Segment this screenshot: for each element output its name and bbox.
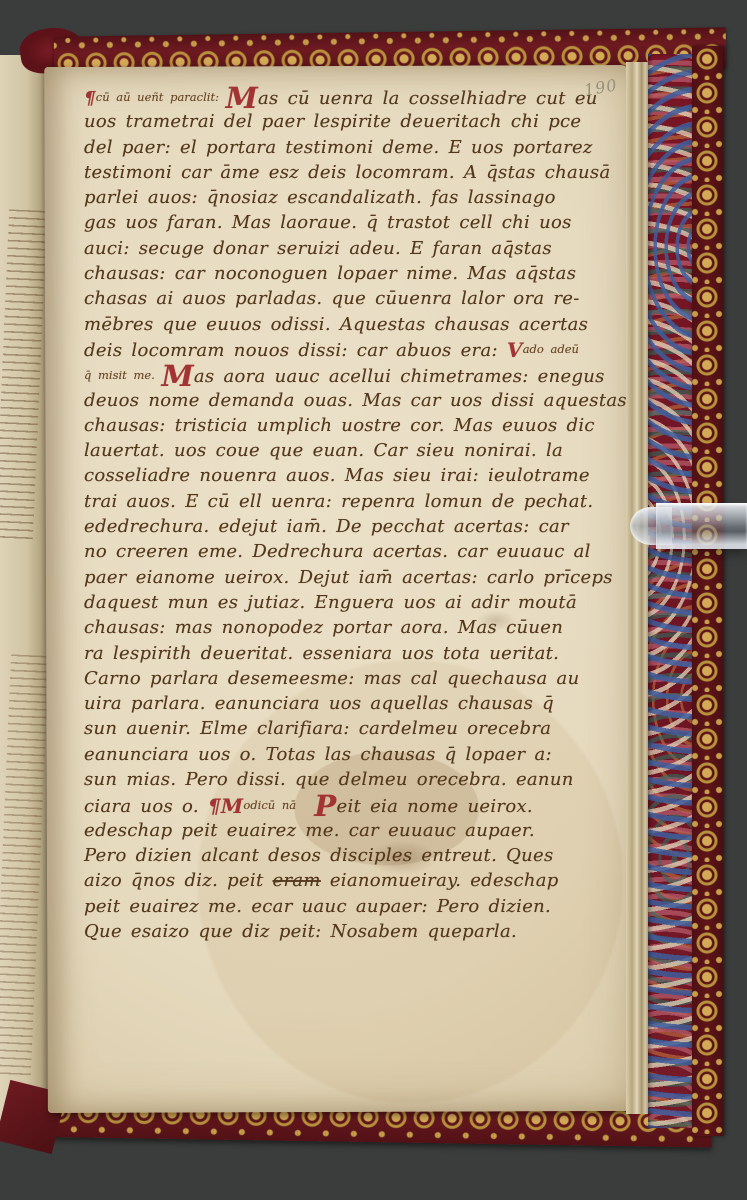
manuscript-line: uos trametrai del paer lespirite deuerit… <box>84 109 612 134</box>
text-segment: deuos nome demanda ouas. Mas car uos dis… <box>84 390 627 411</box>
text-segment: uira parlara. eanunciara uos aquellas ch… <box>84 693 554 714</box>
text-segment: chasas ai auos parladas. que cūuenra lal… <box>84 288 580 309</box>
text-segment: sun auenir. Elme clarifiara: cardelmeu o… <box>84 718 551 739</box>
text-segment: chausas: mas nonopodez portar aora. Mas … <box>84 617 563 638</box>
manuscript-line: eanunciara uos o. Totas las chausas q̄ l… <box>84 742 612 767</box>
text-segment: ra lespirith deueritat. esseniara uos to… <box>84 643 559 664</box>
text-segment: cū aū ueñt paraclit: <box>96 90 226 104</box>
text-segment: Que esaizo que diz peit: Nosabem queparl… <box>84 921 517 942</box>
manuscript-line: ededrechura. edejut iam̄. De pecchat ace… <box>84 514 612 539</box>
text-segment: eram <box>273 870 321 891</box>
manuscript-line: del paer: el portara testimoni deme. E u… <box>84 135 612 160</box>
manuscript-line: lauertat. uos coue que euan. Car sieu no… <box>84 438 612 463</box>
text-segment: ado adeū <box>523 342 579 356</box>
text-segment: auci: secuge donar seruizi adeu. E faran… <box>84 238 552 259</box>
text-segment: mēbres que euuos odissi. Aquestas chausa… <box>84 314 588 335</box>
manuscript-line: Pero dizien alcant desos disciples entre… <box>84 843 612 868</box>
manuscript-line: mēbres que euuos odissi. Aquestas chausa… <box>84 312 612 337</box>
manuscript-line: ¶cū aū ueñt paraclit: Mas cū uenra la co… <box>84 84 612 109</box>
manuscript-line: ra lespirith deueritat. esseniara uos to… <box>84 641 612 666</box>
text-segment: edeschap peit euairez me. car euuauc aup… <box>84 820 535 841</box>
glass-rod-body <box>656 503 747 549</box>
manuscript-line: testimoni car āme esz deis locomram. A q… <box>84 160 612 185</box>
manuscript-photo: ¶cū aū ueñt paraclit: Mas cū uenra la co… <box>0 0 747 1200</box>
text-segment: sun mias. Pero dissi. que delmeu orecebr… <box>84 769 574 790</box>
text-segment: odicū nā <box>243 798 296 812</box>
rubric-mark: ¶M <box>208 794 243 818</box>
manuscript-line: paer eianome ueirox. Dejut iam̄ acertas:… <box>84 565 612 590</box>
manuscript-line: edeschap peit euairez me. car euuauc aup… <box>84 818 612 843</box>
text-segment: as aora uauc acellui chimetrames: enegus <box>194 366 605 387</box>
fore-edge-leaves <box>626 62 650 1114</box>
text-segment <box>296 796 314 817</box>
text-segment: daquest mun es jutiaz. Enguera uos ai ad… <box>84 592 577 613</box>
manuscript-line: uira parlara. eanunciara uos aquellas ch… <box>84 691 612 716</box>
text-segment: paer eianome ueirox. Dejut iam̄ acertas:… <box>84 567 613 588</box>
glass-page-weight <box>630 503 747 549</box>
text-segment: del paer: el portara testimoni deme. E u… <box>84 137 593 158</box>
text-segment: Carno parlara desemeesme: mas cal quecha… <box>84 668 579 689</box>
manuscript-line: Que esaizo que diz peit: Nosabem queparl… <box>84 919 612 944</box>
manuscript-line: chausas: car noconoguen lopaer nime. Mas… <box>84 261 612 286</box>
text-segment: Pero dizien alcant desos disciples entre… <box>84 845 554 866</box>
text-segment: trai auos. E cū ell uenra: repenra lomun… <box>84 491 593 512</box>
manuscript-line: q̄ misit me. Mas aora uauc acellui chime… <box>84 362 612 387</box>
text-segment: chausas: car noconoguen lopaer nime. Mas… <box>84 263 576 284</box>
text-segment: uos trametrai del paer lespirite deuerit… <box>84 111 581 132</box>
rubric-mark: ¶ <box>84 88 96 109</box>
text-segment: eanunciara uos o. Totas las chausas q̄ l… <box>84 744 552 765</box>
text-segment: no creeren eme. Dedrechura acertas. car … <box>84 541 591 562</box>
text-segment: eit eia nome ueirox. <box>337 796 533 817</box>
text-segment: ededrechura. edejut iam̄. De pecchat ace… <box>84 516 569 537</box>
manuscript-line: sun auenir. Elme clarifiara: cardelmeu o… <box>84 716 612 741</box>
manuscript-line: no creeren eme. Dedrechura acertas. car … <box>84 539 612 564</box>
text-segment: peit euairez me. ecar uauc aupaer: Pero … <box>84 896 551 917</box>
manuscript-line: aizo q̄nos diz. peit eram eianomueiray. … <box>84 868 612 893</box>
manuscript-line: chasas ai auos parladas. que cūuenra lal… <box>84 286 612 311</box>
text-segment: aizo q̄nos diz. peit <box>84 870 273 891</box>
manuscript-line: sun mias. Pero dissi. que delmeu orecebr… <box>84 767 612 792</box>
text-segment: chausas: tristicia umplich uostre cor. M… <box>84 415 595 436</box>
text-segment: ciara uos o. <box>84 796 208 817</box>
facing-page-text-lines <box>0 209 47 540</box>
text-segment: cosseliadre nouenra auos. Mas sieu irai:… <box>84 465 590 486</box>
text-segment: testimoni car āme esz deis locomram. A q… <box>84 162 611 183</box>
manuscript-line: peit euairez me. ecar uauc aupaer: Pero … <box>84 894 612 919</box>
text-segment: eianomueiray. edeschap <box>321 870 559 891</box>
manuscript-line: chausas: mas nonopodez portar aora. Mas … <box>84 615 612 640</box>
gilt-binding-right <box>692 46 723 1136</box>
manuscript-line: deuos nome demanda ouas. Mas car uos dis… <box>84 388 612 413</box>
rubric-mark: V <box>507 338 523 362</box>
manuscript-line: cosseliadre nouenra auos. Mas sieu irai:… <box>84 463 612 488</box>
facing-page-text-lines <box>0 654 49 1075</box>
facing-page-edge <box>0 55 48 1133</box>
marbled-endpaper-strip <box>648 54 692 1128</box>
manuscript-line: gas uos faran. Mas laoraue. q̄ trastot c… <box>84 210 612 235</box>
manuscript-line: auci: secuge donar seruizi adeu. E faran… <box>84 236 612 261</box>
text-block: ¶cū aū ueñt paraclit: Mas cū uenra la co… <box>84 84 612 944</box>
text-segment: deis locomram nouos dissi: car abuos era… <box>84 340 507 361</box>
manuscript-line: trai auos. E cū ell uenra: repenra lomun… <box>84 489 612 514</box>
text-segment: as cū uenra la cosselhiadre cut eu <box>258 88 598 109</box>
text-segment: parlei auos: q̄nosiaz escandalizath. fas… <box>84 187 556 208</box>
text-segment: q̄ misit me. <box>84 368 161 382</box>
manuscript-line: chausas: tristicia umplich uostre cor. M… <box>84 413 612 438</box>
manuscript-line: parlei auos: q̄nosiaz escandalizath. fas… <box>84 185 612 210</box>
manuscript-line: Carno parlara desemeesme: mas cal quecha… <box>84 666 612 691</box>
text-segment: gas uos faran. Mas laoraue. q̄ trastot c… <box>84 212 572 233</box>
text-segment: lauertat. uos coue que euan. Car sieu no… <box>84 440 563 461</box>
manuscript-line: daquest mun es jutiaz. Enguera uos ai ad… <box>84 590 612 615</box>
manuscript-line: ciara uos o. ¶Modicū nā Peit eia nome ue… <box>84 792 612 817</box>
